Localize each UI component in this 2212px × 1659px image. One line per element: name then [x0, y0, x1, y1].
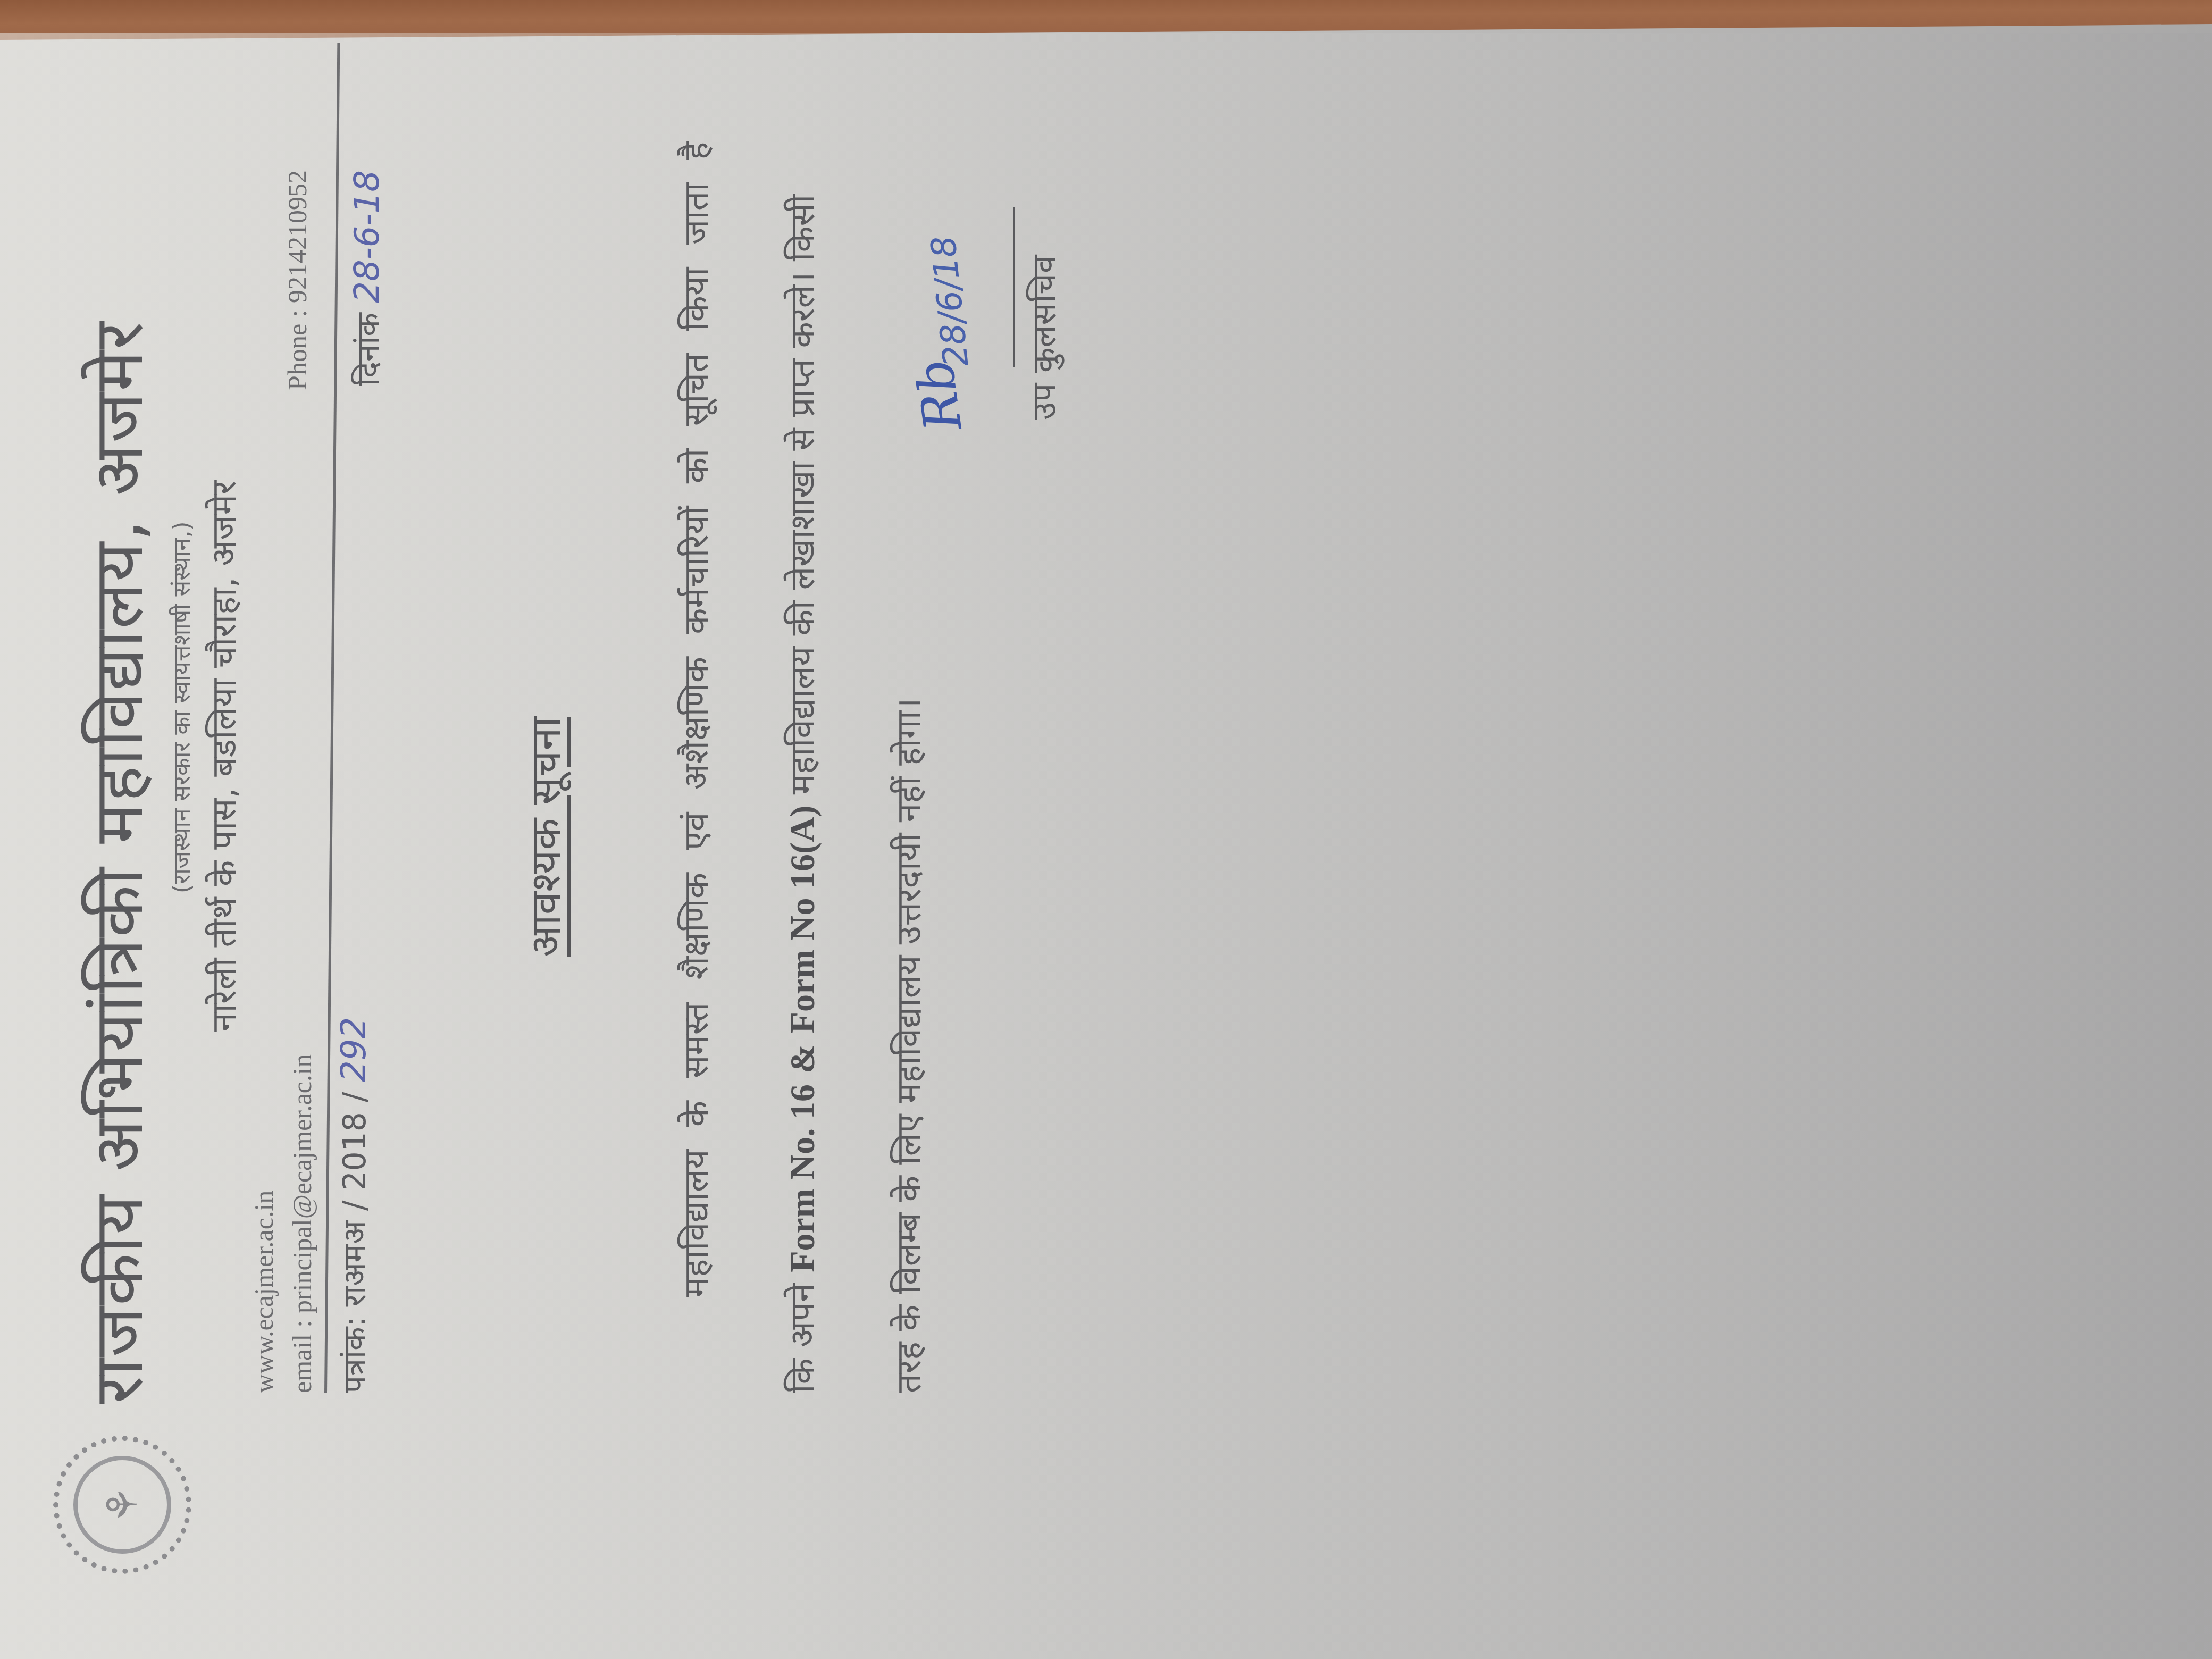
- notice-heading: आवश्यक सूचना: [516, 717, 572, 957]
- contact-info: www.ecajmer.ac.in email : principal@ecaj…: [245, 1054, 321, 1393]
- institution-address: नारेली तीर्थ के पास, बडलिया चौराहा, अजमे…: [199, 481, 246, 1032]
- signature-date: 28/6/18: [924, 234, 976, 368]
- letterhead: ⚘ राजकीय अभियांत्रिकी महाविद्यालय, अजमेर…: [5, 0, 409, 1627]
- institution-name: राजकीय अभियांत्रिकी महाविद्यालय, अजमेर: [69, 321, 162, 1404]
- date-label: दिनांक: [350, 313, 386, 386]
- letter-date: दिनांक 28-6-18: [346, 170, 388, 386]
- form-16a-reference: Form No 16(A): [783, 806, 822, 1034]
- signature-underline: [1013, 207, 1015, 367]
- signature-block: Rb 28/6/18 उप कुलसचिव: [909, 175, 1101, 452]
- body-line-2-suffix: महाविद्यालय की लेखाशाखा से प्राप्त करले।…: [783, 195, 823, 795]
- reference-number: पत्रांक: राअमअ / 2018 / 292: [332, 1017, 374, 1393]
- date-handwritten: 28-6-18: [348, 170, 387, 303]
- body-line-1: महाविद्यालय के समस्त शैक्षणिक एवं अशैक्ष…: [643, 11, 750, 1393]
- ampersand: &: [783, 1044, 822, 1074]
- institution-subtitle: (राजस्थान सरकार का स्वायत्तशाषी संस्थान,…: [165, 521, 197, 893]
- emblem-inner: ⚘: [73, 1456, 171, 1554]
- notice-document: ⚘ राजकीय अभियांत्रिकी महाविद्यालय, अजमेर…: [5, 0, 2185, 1627]
- body-line-2-prefix: कि अपने: [783, 1283, 823, 1393]
- phone-number: Phone : 9214210952: [282, 170, 313, 390]
- email-link[interactable]: email : principal@ecajmer.ac.in: [283, 1054, 321, 1393]
- reference-label: पत्रांक: राअमअ / 2018 /: [337, 1092, 373, 1393]
- website-link[interactable]: www.ecajmer.ac.in: [245, 1054, 283, 1393]
- form-16-reference: Form No. 16: [783, 1084, 822, 1272]
- emblem-icon: ⚘: [53, 1436, 191, 1574]
- body-line-2: कि अपने Form No. 16 & Form No 16(A) महाव…: [750, 11, 856, 1393]
- reference-handwritten: 292: [334, 1017, 374, 1082]
- signatory-designation: उप कुलसचिव: [1021, 255, 1066, 420]
